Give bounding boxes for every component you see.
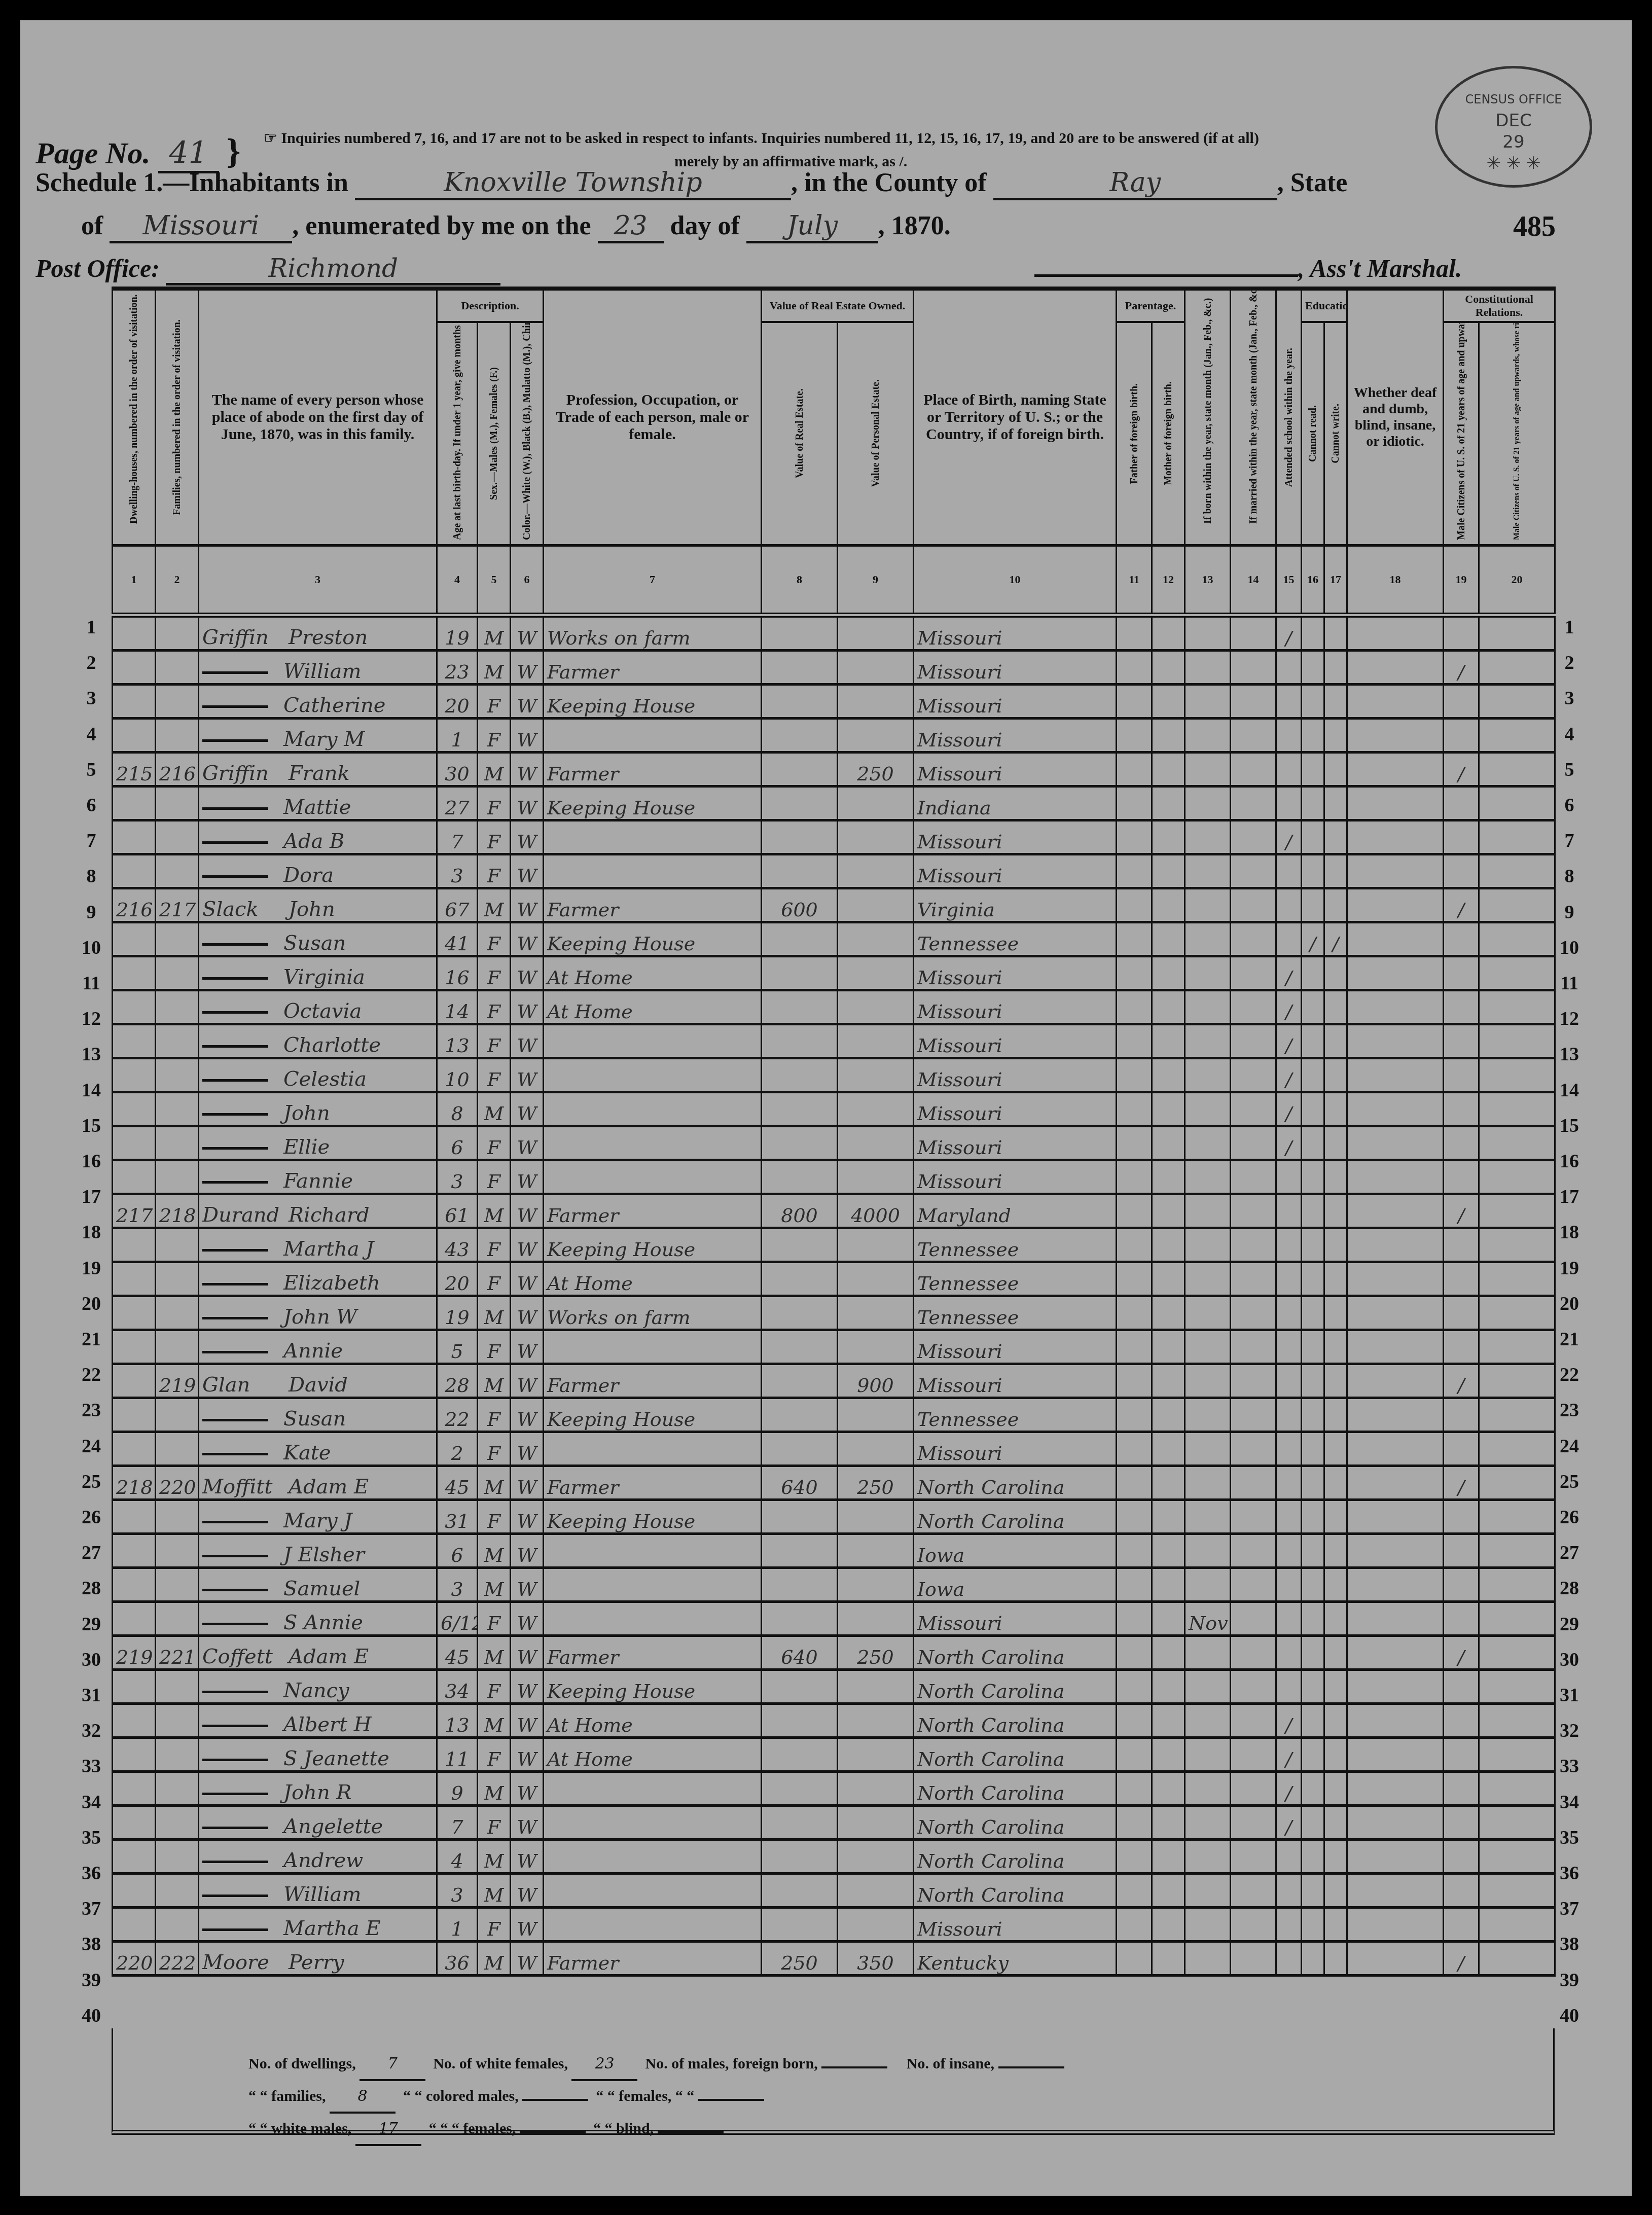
cell-c14 xyxy=(1231,1703,1276,1737)
cell-dwelling xyxy=(113,1330,156,1364)
cell-sex: F xyxy=(478,1160,511,1194)
cell-c16 xyxy=(1302,1262,1324,1296)
cell-c20 xyxy=(1479,650,1555,684)
cell-family xyxy=(156,1058,199,1092)
cell-personal xyxy=(838,1805,914,1839)
cell-c13 xyxy=(1185,1805,1231,1839)
cell-c15 xyxy=(1276,1601,1302,1635)
person-name: S Annie xyxy=(199,1601,437,1635)
cell-age: 13 xyxy=(437,1024,478,1058)
table-row: Catherine20FWKeeping HouseMissouri xyxy=(113,684,1555,718)
cell-c16 xyxy=(1302,650,1324,684)
cell-age: 6 xyxy=(437,1126,478,1160)
cell-personal xyxy=(838,1499,914,1533)
cell-c18 xyxy=(1347,718,1444,752)
cell-family xyxy=(156,1092,199,1126)
cell-birthplace: Maryland xyxy=(914,1194,1117,1228)
cell-age: 34 xyxy=(437,1669,478,1703)
cell-c14 xyxy=(1231,1873,1276,1907)
row-number: 14 xyxy=(1554,1079,1585,1101)
cell-c12 xyxy=(1152,1941,1185,1975)
cell-birthplace: Iowa xyxy=(914,1533,1117,1567)
cell-color: W xyxy=(511,1466,544,1499)
cell-age: 43 xyxy=(437,1228,478,1262)
cell-family xyxy=(156,956,199,990)
cell-c17 xyxy=(1324,1499,1347,1533)
cell-c18 xyxy=(1347,786,1444,820)
cell-family: 216 xyxy=(156,752,199,786)
cell-age: 61 xyxy=(437,1194,478,1228)
row-number: 6 xyxy=(1554,794,1585,816)
table-row: Charlotte13FWMissouri/ xyxy=(113,1024,1555,1058)
cell-c17 xyxy=(1324,1907,1347,1941)
cell-c20 xyxy=(1479,820,1555,854)
cell-sex: F xyxy=(478,1805,511,1839)
cell-c12 xyxy=(1152,1126,1185,1160)
row-number: 16 xyxy=(76,1150,106,1172)
person-name: Charlotte xyxy=(199,1024,437,1058)
cell-birthplace: Missouri xyxy=(914,1364,1117,1398)
cell-c13 xyxy=(1185,1873,1231,1907)
cell-color: W xyxy=(511,1024,544,1058)
cell-c19 xyxy=(1444,1432,1479,1466)
person-name: Catherine xyxy=(199,684,437,718)
cell-real xyxy=(762,1533,838,1567)
col-header-mother-foreign: Mother of foreign birth. xyxy=(1152,322,1185,545)
row-number: 12 xyxy=(76,1008,106,1030)
cell-c19 xyxy=(1444,1058,1479,1092)
cell-sex: F xyxy=(478,1058,511,1092)
cell-dwelling xyxy=(113,1499,156,1533)
cell-color: W xyxy=(511,1567,544,1601)
cell-sex: M xyxy=(478,1364,511,1398)
cell-c12 xyxy=(1152,718,1185,752)
cell-occupation: Keeping House xyxy=(544,1669,762,1703)
cell-real xyxy=(762,820,838,854)
cell-birthplace: Missouri xyxy=(914,1432,1117,1466)
cell-occupation xyxy=(544,1092,762,1126)
row-number: 27 xyxy=(1554,1542,1585,1564)
cell-c13 xyxy=(1185,650,1231,684)
cell-c15 xyxy=(1276,1839,1302,1873)
cell-c11 xyxy=(1117,1126,1152,1160)
cell-real xyxy=(762,1567,838,1601)
cell-c18 xyxy=(1347,820,1444,854)
cell-c12 xyxy=(1152,1364,1185,1398)
col-header-real-estate: Value of Real Estate. xyxy=(762,322,838,545)
cell-c12 xyxy=(1152,1635,1185,1669)
cell-occupation: Works on farm xyxy=(544,1296,762,1330)
cell-c16 xyxy=(1302,1771,1324,1805)
cell-occupation: At Home xyxy=(544,1262,762,1296)
cell-real xyxy=(762,1601,838,1635)
cell-sex: F xyxy=(478,1669,511,1703)
cell-c16 xyxy=(1302,888,1324,922)
cell-age: 5 xyxy=(437,1330,478,1364)
cell-c19 xyxy=(1444,1228,1479,1262)
cell-c19 xyxy=(1444,1567,1479,1601)
row-number: 39 xyxy=(76,1969,106,1991)
cell-c17 xyxy=(1324,1058,1347,1092)
cell-c14 xyxy=(1231,718,1276,752)
table-row: Annie5FWMissouri xyxy=(113,1330,1555,1364)
cell-c20 xyxy=(1479,1601,1555,1635)
cell-c15 xyxy=(1276,854,1302,888)
cell-birthplace: Virginia xyxy=(914,888,1117,922)
cell-dwelling xyxy=(113,1805,156,1839)
cell-c15 xyxy=(1276,718,1302,752)
cell-family xyxy=(156,922,199,956)
cell-c11 xyxy=(1117,1805,1152,1839)
cell-c16 xyxy=(1302,990,1324,1024)
cell-family xyxy=(156,1839,199,1873)
cell-dwelling xyxy=(113,786,156,820)
cell-family xyxy=(156,854,199,888)
cell-real xyxy=(762,1364,838,1398)
cell-c17 xyxy=(1324,786,1347,820)
cell-occupation: At Home xyxy=(544,1737,762,1771)
cell-occupation: Farmer xyxy=(544,1194,762,1228)
cell-c11 xyxy=(1117,1533,1152,1567)
person-name: Martha J xyxy=(199,1228,437,1262)
cell-family xyxy=(156,1771,199,1805)
cell-c11 xyxy=(1117,1499,1152,1533)
cell-birthplace: Missouri xyxy=(914,1330,1117,1364)
cell-c20 xyxy=(1479,1941,1555,1975)
cell-birthplace: North Carolina xyxy=(914,1466,1117,1499)
person-name: Susan xyxy=(199,1398,437,1432)
cell-real xyxy=(762,1296,838,1330)
cell-occupation: Farmer xyxy=(544,650,762,684)
cell-dwelling xyxy=(113,650,156,684)
cell-age: 41 xyxy=(437,922,478,956)
cell-personal xyxy=(838,888,914,922)
table-row: Kate2FWMissouri xyxy=(113,1432,1555,1466)
cell-c16 xyxy=(1302,1092,1324,1126)
cell-sex: M xyxy=(478,1533,511,1567)
table-row: 217218DurandRichard61MWFarmer8004000Mary… xyxy=(113,1194,1555,1228)
cell-c20 xyxy=(1479,956,1555,990)
cell-dwelling xyxy=(113,1771,156,1805)
cell-c14 xyxy=(1231,1092,1276,1126)
cell-c17 xyxy=(1324,1737,1347,1771)
cell-c13 xyxy=(1185,1092,1231,1126)
table-row: Susan22FWKeeping HouseTennessee xyxy=(113,1398,1555,1432)
cell-c12 xyxy=(1152,922,1185,956)
cell-c12 xyxy=(1152,1194,1185,1228)
cell-dwelling xyxy=(113,956,156,990)
cell-c14 xyxy=(1231,1126,1276,1160)
cell-c13 xyxy=(1185,1567,1231,1601)
cell-c14 xyxy=(1231,1805,1276,1839)
cell-c16 xyxy=(1302,1160,1324,1194)
cell-c13 xyxy=(1185,1635,1231,1669)
cell-c18 xyxy=(1347,1262,1444,1296)
cell-c12 xyxy=(1152,752,1185,786)
cell-sex: M xyxy=(478,615,511,651)
cell-dwelling xyxy=(113,1669,156,1703)
census-rows: GriffinPreston19MWWorks on farmMissouri/… xyxy=(113,615,1555,1976)
cell-c13 xyxy=(1185,1771,1231,1805)
cell-c15: / xyxy=(1276,956,1302,990)
cell-c19 xyxy=(1444,1398,1479,1432)
cell-real xyxy=(762,1262,838,1296)
cell-c20 xyxy=(1479,1194,1555,1228)
cell-sex: F xyxy=(478,956,511,990)
cell-c15 xyxy=(1276,1907,1302,1941)
col-header-deaf-blind: Whether deaf and dumb, blind, insane, or… xyxy=(1347,289,1444,545)
cell-c14 xyxy=(1231,1160,1276,1194)
cell-c12 xyxy=(1152,1873,1185,1907)
cell-occupation xyxy=(544,820,762,854)
cell-age: 23 xyxy=(437,650,478,684)
cell-c14 xyxy=(1231,1330,1276,1364)
cell-c19 xyxy=(1444,922,1479,956)
cell-family xyxy=(156,1330,199,1364)
cell-sex: M xyxy=(478,1941,511,1975)
cell-c19 xyxy=(1444,1601,1479,1635)
cell-c15 xyxy=(1276,888,1302,922)
cell-c16 xyxy=(1302,1194,1324,1228)
cell-sex: M xyxy=(478,1296,511,1330)
cell-personal xyxy=(838,1907,914,1941)
row-number: 37 xyxy=(1554,1898,1585,1920)
cell-c12 xyxy=(1152,1703,1185,1737)
person-name: Ada B xyxy=(199,820,437,854)
cell-c15 xyxy=(1276,1466,1302,1499)
cell-c16 xyxy=(1302,1805,1324,1839)
schedule-line: Schedule 1.—Inhabitants in Knoxville Tow… xyxy=(35,167,1347,200)
cell-birthplace: North Carolina xyxy=(914,1635,1117,1669)
cell-personal xyxy=(838,1703,914,1737)
cell-c15: / xyxy=(1276,1771,1302,1805)
cell-c14 xyxy=(1231,922,1276,956)
cell-c20 xyxy=(1479,718,1555,752)
cell-c18 xyxy=(1347,1092,1444,1126)
person-name: Annie xyxy=(199,1330,437,1364)
cell-occupation xyxy=(544,1771,762,1805)
table-row: Elizabeth20FWAt HomeTennessee xyxy=(113,1262,1555,1296)
cell-color: W xyxy=(511,888,544,922)
row-number: 21 xyxy=(1554,1328,1585,1350)
row-number: 17 xyxy=(76,1186,106,1208)
cell-birthplace: Missouri xyxy=(914,1126,1117,1160)
cell-c15: / xyxy=(1276,615,1302,651)
cell-c18 xyxy=(1347,1296,1444,1330)
cell-occupation xyxy=(544,1601,762,1635)
cell-family xyxy=(156,1907,199,1941)
group-header-parentage: Parentage. xyxy=(1117,289,1185,322)
cell-c19 xyxy=(1444,1499,1479,1533)
dwellings-count: 7 xyxy=(360,2049,425,2081)
cell-real xyxy=(762,1907,838,1941)
cell-c17 xyxy=(1324,752,1347,786)
cell-age: 19 xyxy=(437,615,478,651)
row-number: 4 xyxy=(1554,723,1585,745)
cell-c20 xyxy=(1479,1907,1555,1941)
cell-c18 xyxy=(1347,1567,1444,1601)
cell-c19: / xyxy=(1444,1194,1479,1228)
cell-c16 xyxy=(1302,1873,1324,1907)
person-name: SlackJohn xyxy=(199,888,437,922)
cell-color: W xyxy=(511,1601,544,1635)
col-header-born-month: If born within the year, state month (Ja… xyxy=(1185,289,1231,545)
cell-c11 xyxy=(1117,1058,1152,1092)
cell-dwelling: 216 xyxy=(113,888,156,922)
cell-c15 xyxy=(1276,922,1302,956)
table-row: Celestia10FWMissouri/ xyxy=(113,1058,1555,1092)
white-females-count: 23 xyxy=(571,2049,637,2081)
cell-c16 xyxy=(1302,1296,1324,1330)
cell-c13 xyxy=(1185,888,1231,922)
cell-occupation xyxy=(544,854,762,888)
person-name: Ellie xyxy=(199,1126,437,1160)
cell-c19: / xyxy=(1444,650,1479,684)
cell-color: W xyxy=(511,990,544,1024)
cell-sex: F xyxy=(478,1262,511,1296)
cell-c15 xyxy=(1276,1330,1302,1364)
ditto-mark xyxy=(202,1928,268,1931)
cell-c20 xyxy=(1479,1126,1555,1160)
cell-c12 xyxy=(1152,1669,1185,1703)
table-row: Martha E1FWMissouri xyxy=(113,1907,1555,1941)
cell-c16 xyxy=(1302,1669,1324,1703)
row-number: 9 xyxy=(1554,901,1585,923)
cell-c18 xyxy=(1347,956,1444,990)
cell-c14 xyxy=(1231,1364,1276,1398)
cell-c14 xyxy=(1231,1635,1276,1669)
cell-sex: M xyxy=(478,1839,511,1873)
cell-age: 30 xyxy=(437,752,478,786)
cell-c18 xyxy=(1347,888,1444,922)
cell-c15 xyxy=(1276,1669,1302,1703)
cell-occupation: Farmer xyxy=(544,752,762,786)
cell-c17 xyxy=(1324,1601,1347,1635)
cell-real: 640 xyxy=(762,1466,838,1499)
cell-c20 xyxy=(1479,1092,1555,1126)
col-header-dwelling: Dwelling-houses, numbered in the order o… xyxy=(113,289,156,545)
cell-personal xyxy=(838,1601,914,1635)
cell-dwelling xyxy=(113,684,156,718)
row-number: 39 xyxy=(1554,1969,1585,1991)
cell-birthplace: Missouri xyxy=(914,1024,1117,1058)
person-name: John xyxy=(199,1092,437,1126)
cell-c14 xyxy=(1231,1194,1276,1228)
cell-c13 xyxy=(1185,1024,1231,1058)
cell-c20 xyxy=(1479,1737,1555,1771)
row-number: 12 xyxy=(1554,1008,1585,1030)
ditto-mark xyxy=(202,1147,268,1150)
cell-c16 xyxy=(1302,1907,1324,1941)
cell-dwelling xyxy=(113,1296,156,1330)
cell-c14 xyxy=(1231,1839,1276,1873)
cell-c15: / xyxy=(1276,1126,1302,1160)
cell-c18 xyxy=(1347,752,1444,786)
cell-c16 xyxy=(1302,1737,1324,1771)
table-row: William3MWNorth Carolina xyxy=(113,1873,1555,1907)
cell-birthplace: Missouri xyxy=(914,956,1117,990)
cell-color: W xyxy=(511,786,544,820)
cell-c15: / xyxy=(1276,1024,1302,1058)
cell-c13 xyxy=(1185,615,1231,651)
table-row: S Jeanette11FWAt HomeNorth Carolina/ xyxy=(113,1737,1555,1771)
cell-c17 xyxy=(1324,650,1347,684)
cell-family: 218 xyxy=(156,1194,199,1228)
cell-c15 xyxy=(1276,786,1302,820)
cell-real xyxy=(762,1058,838,1092)
cell-birthplace: Missouri xyxy=(914,650,1117,684)
cell-c11 xyxy=(1117,1941,1152,1975)
cell-c20 xyxy=(1479,1228,1555,1262)
cell-c16 xyxy=(1302,752,1324,786)
cell-personal xyxy=(838,1398,914,1432)
cell-c12 xyxy=(1152,1228,1185,1262)
cell-occupation: Keeping House xyxy=(544,1228,762,1262)
person-name: Fannie xyxy=(199,1160,437,1194)
cell-c18 xyxy=(1347,1737,1444,1771)
cell-c18 xyxy=(1347,1941,1444,1975)
table-row: Ada B7FWMissouri/ xyxy=(113,820,1555,854)
ditto-mark xyxy=(202,943,268,946)
cell-sex: M xyxy=(478,1703,511,1737)
cell-c14 xyxy=(1231,1024,1276,1058)
cell-c11 xyxy=(1117,922,1152,956)
ditto-mark xyxy=(202,1793,268,1795)
cell-family xyxy=(156,1296,199,1330)
sheet-number: 485 xyxy=(1513,210,1556,243)
ditto-mark xyxy=(202,1113,268,1116)
col-header-personal-estate: Value of Personal Estate. xyxy=(838,322,914,545)
person-name: Susan xyxy=(199,922,437,956)
row-number: 9 xyxy=(76,901,106,923)
cell-c13: Nov xyxy=(1185,1601,1231,1635)
cell-c15 xyxy=(1276,1194,1302,1228)
col-header-married-month: If married within the year, state month … xyxy=(1231,289,1276,545)
cell-c14 xyxy=(1231,1567,1276,1601)
cell-sex: M xyxy=(478,1194,511,1228)
cell-c18 xyxy=(1347,1398,1444,1432)
cell-sex: F xyxy=(478,854,511,888)
cell-c20 xyxy=(1479,1160,1555,1194)
cell-personal xyxy=(838,956,914,990)
cell-dwelling xyxy=(113,1126,156,1160)
col-header-occupation: Profession, Occupation, or Trade of each… xyxy=(544,289,762,545)
cell-occupation xyxy=(544,1126,762,1160)
row-number: 32 xyxy=(76,1720,106,1742)
cell-c12 xyxy=(1152,1737,1185,1771)
cell-dwelling xyxy=(113,1092,156,1126)
ditto-mark xyxy=(202,875,268,878)
cell-c12 xyxy=(1152,1160,1185,1194)
table-row: John8MWMissouri/ xyxy=(113,1092,1555,1126)
cell-family xyxy=(156,1126,199,1160)
cell-c17 xyxy=(1324,1364,1347,1398)
cell-real xyxy=(762,854,838,888)
cell-family xyxy=(156,1737,199,1771)
cell-birthplace: Tennessee xyxy=(914,1296,1117,1330)
cell-c15 xyxy=(1276,752,1302,786)
cell-personal xyxy=(838,854,914,888)
cell-c11 xyxy=(1117,1567,1152,1601)
cell-c14 xyxy=(1231,1466,1276,1499)
census-office-stamp: CENSUS OFFICE DEC 29 ✳ ✳ ✳ xyxy=(1435,66,1592,188)
cell-c18 xyxy=(1347,1533,1444,1567)
cell-personal xyxy=(838,1839,914,1873)
cell-c16 xyxy=(1302,1330,1324,1364)
cell-c12 xyxy=(1152,1398,1185,1432)
cell-real xyxy=(762,1805,838,1839)
cell-occupation: Keeping House xyxy=(544,922,762,956)
